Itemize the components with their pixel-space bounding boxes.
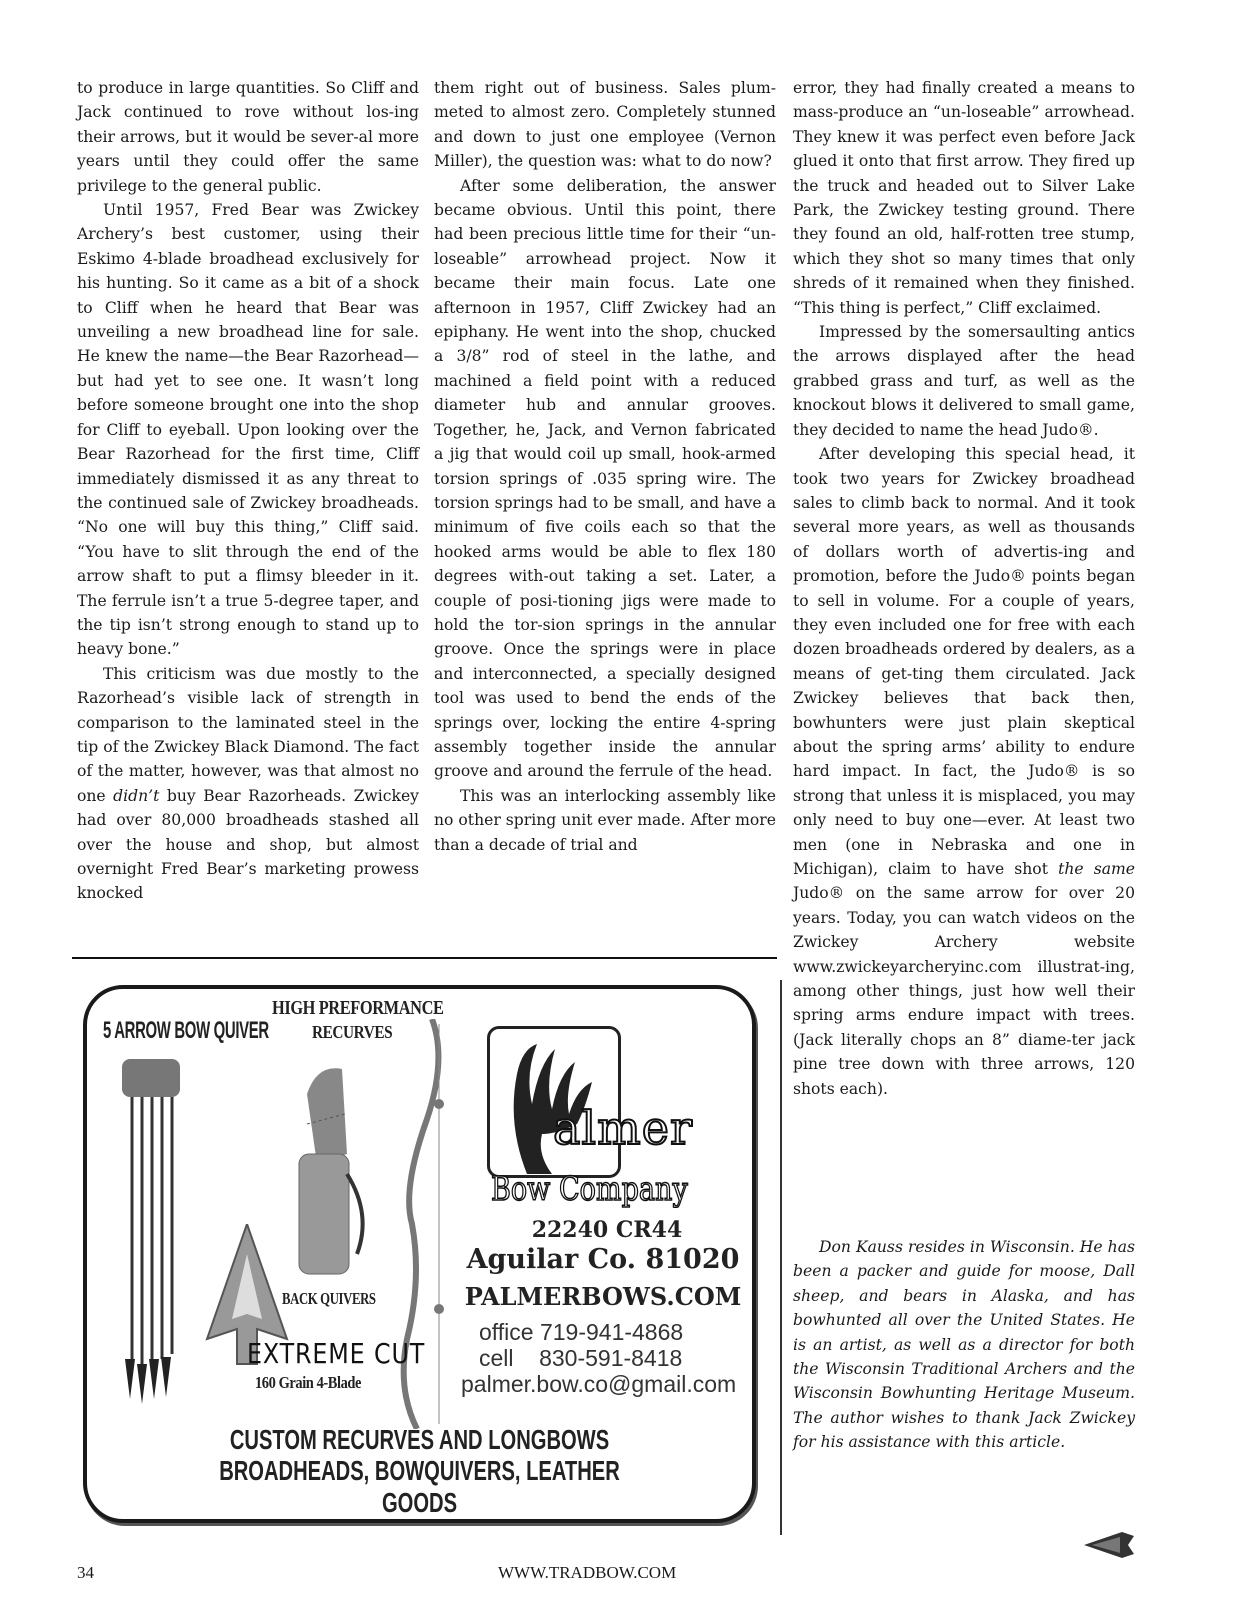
footer-website: WWW.TRADBOW.COM (498, 1563, 676, 1583)
palmer-bow-advertisement: 5 ARROW BOW QUIVER HIGH PREFORMANCE RECU… (83, 985, 756, 1523)
paragraph: This was an interlocking assembly like n… (434, 784, 776, 857)
vertical-divider (780, 980, 782, 1535)
grain-label: 160 Grain 4-Blade (255, 1373, 361, 1393)
extreme-cut-label: EXTREME CUT (247, 1337, 425, 1370)
paragraph: error, they had finally created a means … (793, 76, 1135, 320)
arrowhead-end-mark-icon (1082, 1530, 1137, 1560)
ad-website: PALMERBOWS.COM (453, 1282, 753, 1311)
paragraph: After developing this special head, it t… (793, 442, 1135, 1101)
address-line-2: Aguilar Co. 81020 (453, 1244, 753, 1275)
author-bio: Don Kauss resides in Wisconsin. He has b… (793, 1235, 1135, 1455)
emphasis: didn’t (113, 787, 159, 805)
company-name: almer (553, 1101, 693, 1155)
horizontal-divider (72, 957, 777, 959)
article-column-2: them right out of business. Sales plum-m… (434, 76, 776, 857)
address-line-1: 22240 CR44 (487, 1217, 727, 1243)
paragraph: Until 1957, Fred Bear was Zwickey Archer… (77, 198, 419, 662)
page-number: 34 (77, 1563, 94, 1583)
bow-quiver-image (117, 1059, 187, 1419)
paragraph: After some deliberation, the answer beca… (434, 174, 776, 784)
cell-phone: cell 830-591-8418 (479, 1345, 682, 1372)
ad-tagline-2: BROADHEADS, BOWQUIVERS, LEATHER GOODS (180, 1455, 659, 1519)
paragraph: Impressed by the somersaulting antics th… (793, 320, 1135, 442)
company-subtitle: Bow Company (491, 1169, 688, 1208)
article-column-3: error, they had finally created a means … (793, 76, 1135, 1101)
ad-tagline-1: CUSTOM RECURVES AND LONGBOWS (180, 1424, 659, 1456)
article-column-1: to produce in large quantities. So Cliff… (77, 76, 419, 906)
back-quivers-label: BACK QUIVERS (282, 1289, 376, 1309)
office-phone: office 719-941-4868 (479, 1319, 683, 1346)
paragraph: to produce in large quantities. So Cliff… (77, 76, 419, 198)
ad-headline: HIGH PREFORMANCE (272, 997, 444, 1020)
quiver-label: 5 ARROW BOW QUIVER (103, 1017, 269, 1045)
back-quiver-image (287, 1064, 377, 1284)
ad-email: palmer.bow.co@gmail.com (461, 1371, 736, 1398)
paragraph: This criticism was due mostly to the Raz… (77, 662, 419, 906)
paragraph: them right out of business. Sales plum-m… (434, 76, 776, 174)
emphasis: the same (1058, 860, 1135, 878)
